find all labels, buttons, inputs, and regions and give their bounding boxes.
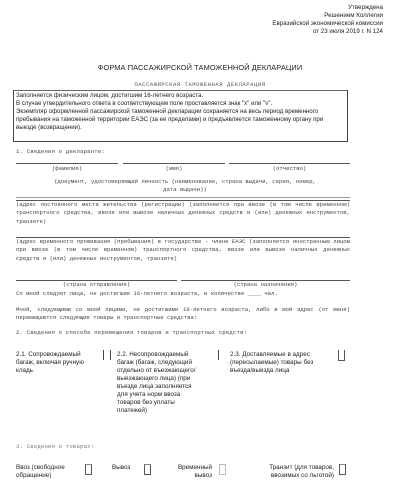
document-field[interactable] [16,197,350,198]
name-field[interactable] [123,163,225,164]
notice-line-1: Заполняется физическим лицом, достигшим … [16,92,345,100]
approval-line-3: Евразийской экономической комиссии [183,20,383,28]
checkbox-temporary-export[interactable] [219,464,226,475]
option-export: Вывоз [112,464,142,472]
minors-count-text: Со мной следуют лица, не достигшие 16-ле… [16,290,350,298]
document-caption: (документ, удостоверяющий личность (наим… [50,178,320,194]
patronymic-caption: (отчество) [229,165,350,172]
declaration-title: ПАССАЖИРСКАЯ ТАМОЖЕННАЯ ДЕКЛАРАЦИЯ [0,81,400,88]
option-import-free-circulation: Ввоз (свободное обращение) [16,464,78,480]
name-caption: (имя) [123,165,225,172]
checkbox-transit[interactable] [339,464,346,475]
patronymic-field[interactable] [229,163,350,164]
permanent-address-caption: (адрес постоянного места жительства (рег… [16,201,350,226]
notice-line-2: В случае утвердительного ответа в соотве… [16,100,345,108]
destination-country-caption: (страна назначения) [181,281,350,288]
checkbox-accompanied-baggage-right [110,350,111,360]
option-temporary-export: Временный вывоз [168,464,212,480]
option-accompanied-baggage: 2.1. Сопровождаемый багаж, включая ручну… [16,351,100,375]
section-1-title: 1. Сведения о декларанте: [16,148,105,155]
surname-caption: (фамилия) [16,165,118,172]
approval-line-1: Утверждена [183,4,383,12]
option-transit: Транзит (для товаров, ввозимых со льгото… [240,464,334,480]
notice-box: Заполняется физическим лицом, достигшим … [13,90,348,142]
checkbox-export[interactable] [144,464,151,475]
option-delivered-goods: 2.3. Доставляемые в адрес (пересылаемые)… [230,351,334,375]
form-title: ФОРМА ПАССАЖИРСКОЙ ТАМОЖЕННОЙ ДЕКЛАРАЦИИ [0,63,400,72]
checkbox-accompanied-baggage[interactable] [103,350,104,360]
checkbox-unaccompanied-baggage[interactable] [218,350,219,360]
option-unaccompanied-baggage: 2.2. Несопровождаемый багаж (багаж, след… [117,351,203,415]
approval-block: Утверждена Решением Коллегии Евразийской… [183,4,383,36]
checkbox-import-free-circulation[interactable] [85,464,92,475]
temporary-address-caption: (адрес временного проживания (пребывания… [16,238,350,263]
checkbox-delivered-goods[interactable] [338,350,345,361]
surname-field[interactable] [16,163,118,164]
goods-text: Мной, следующими со мной лицами, не дост… [16,306,350,323]
approval-line-2: Решением Коллегии [183,12,383,20]
approval-line-4: от 23 июля 2019 г. N 124 [183,28,383,36]
notice-line-3: Экземпляр оформленной пассажирской тамож… [16,108,345,132]
section-2-title: 2. Сведения о способе перемещения товаро… [16,329,247,336]
departure-country-caption: (страна отправления) [16,281,177,288]
section-3-title: 3. Сведения о товарах: [16,443,94,450]
